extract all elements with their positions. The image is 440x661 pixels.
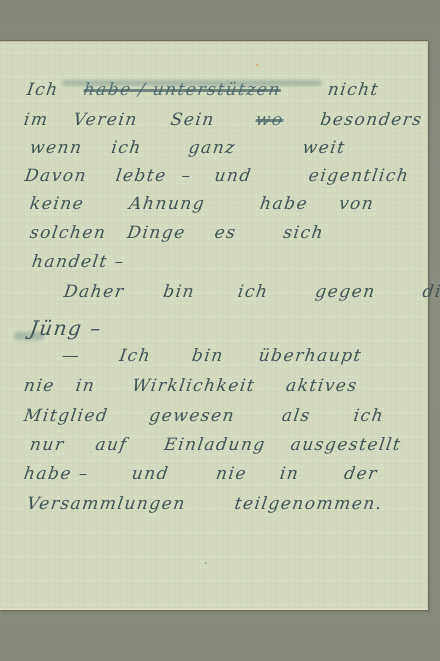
- dash: —: [61, 346, 82, 366]
- text-line-2: im Verein Sein wo besonders: [23, 110, 440, 130]
- word: nie: [23, 376, 57, 396]
- text-line-13: nur auf Einladung ausgestellt: [29, 435, 421, 455]
- word: ich: [237, 282, 270, 302]
- word: nie: [215, 464, 249, 484]
- word: als: [281, 406, 313, 426]
- word: ganz: [187, 138, 237, 158]
- word: ausgestellt: [289, 435, 402, 455]
- text-line-7: handelt –: [31, 252, 144, 272]
- word: habe –: [23, 464, 91, 484]
- word: Ich: [118, 346, 152, 366]
- word: keine: [29, 194, 86, 214]
- word: Einladung: [163, 435, 267, 455]
- text-line-12: Mitglied gewesen als ich: [23, 406, 404, 426]
- word: teilgenommen.: [233, 494, 384, 514]
- word: –: [180, 166, 193, 186]
- word: überhaupt: [257, 346, 363, 366]
- word: aktives: [285, 376, 359, 396]
- text-line-6: solchen Dinge es sich: [29, 223, 344, 243]
- word: wenn: [29, 138, 84, 158]
- word: handelt –: [31, 252, 126, 272]
- text-line-1: Ich habe / unterstützen nicht: [26, 80, 399, 100]
- word: es: [213, 223, 238, 243]
- word: weit: [301, 138, 347, 158]
- word: im: [23, 110, 50, 130]
- word: der: [343, 464, 379, 484]
- word: in: [74, 376, 96, 396]
- word: Dinge: [126, 223, 187, 243]
- word: Versammlungen: [26, 494, 188, 514]
- text-line-8: Daher bin ich gegen die: [63, 282, 440, 302]
- text-line-14: habe – und nie in der: [23, 464, 398, 484]
- word: lebte: [115, 166, 169, 186]
- word: und: [213, 166, 253, 186]
- word: ich: [352, 406, 385, 426]
- word: auf: [94, 435, 129, 455]
- word: Wirklichkeit: [131, 376, 257, 396]
- word: nicht: [326, 80, 380, 100]
- word: gegen: [314, 282, 377, 302]
- word: solchen: [29, 223, 108, 243]
- word: die: [421, 282, 440, 302]
- paper-spot: [256, 64, 258, 66]
- text-line-15: Versammlungen teilgenommen.: [26, 494, 402, 514]
- word: Davon: [24, 166, 89, 186]
- text-line-5: keine Ahnung habe von: [29, 194, 394, 214]
- word: bin: [162, 282, 197, 302]
- text-line-9: Jüng –: [28, 316, 121, 340]
- letter-page: Ich habe / unterstützen nicht im Verein …: [0, 41, 428, 610]
- word: in: [278, 464, 300, 484]
- text-line-11: nie in Wirklichkeit aktives: [23, 376, 377, 396]
- word: habe: [259, 194, 310, 214]
- word: Mitglied: [23, 406, 110, 426]
- struck-word: wo: [254, 110, 285, 130]
- word: Ich: [26, 80, 60, 100]
- text-line-3: wenn ich ganz weit: [29, 138, 365, 158]
- word: und: [130, 464, 170, 484]
- text-line-10: — Ich bin überhaupt: [61, 346, 382, 366]
- struck-word: habe / unterstützen: [82, 80, 282, 100]
- text-line-4: Davon lebte – und eigentlich: [24, 166, 429, 186]
- word: ich: [110, 138, 143, 158]
- word: von: [338, 194, 376, 214]
- paper-spot: [205, 562, 207, 564]
- word: sich: [282, 223, 325, 243]
- word: Jüng –: [28, 316, 103, 340]
- word: eigentlich: [307, 166, 410, 186]
- word: Verein: [72, 110, 139, 130]
- word: besonders: [319, 110, 424, 130]
- word: gewesen: [148, 406, 237, 426]
- word: Ahnung: [128, 194, 207, 214]
- word: nur: [29, 435, 66, 455]
- word: Sein: [169, 110, 216, 130]
- word: bin: [191, 346, 226, 366]
- word: Daher: [63, 282, 126, 302]
